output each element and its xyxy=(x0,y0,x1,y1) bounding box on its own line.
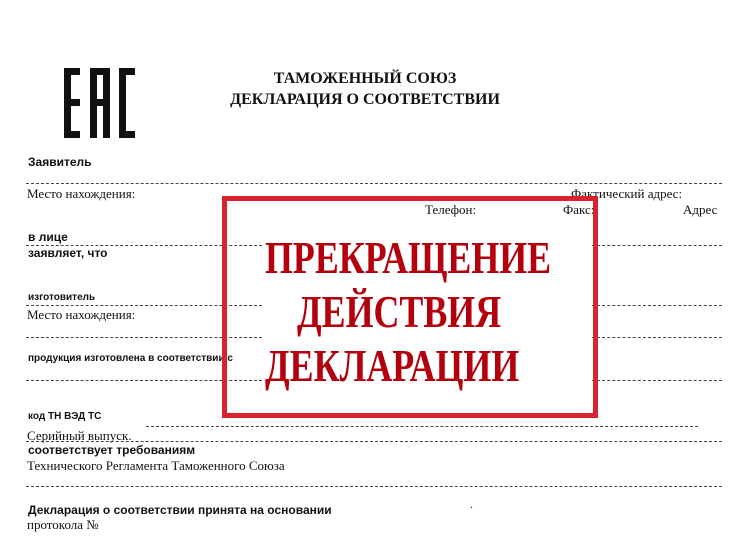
location-label: Место нахождения: xyxy=(27,186,135,202)
protocol-label: протокола № xyxy=(27,517,99,533)
produced-in-accordance-label: продукция изготовлена в соответствии с xyxy=(28,353,233,364)
address-label: Адрес xyxy=(683,202,717,218)
complies-label: соответствует требованиям xyxy=(28,443,195,457)
declares-label: заявляет, что xyxy=(28,246,108,260)
stamp-line-declaration: ДЕКЛАРАЦИИ xyxy=(265,343,519,389)
in-person-field-line-right[interactable] xyxy=(592,245,722,246)
in-person-label: в лице xyxy=(28,230,68,244)
termination-stamp: ПРЕКРАЩЕНИЕ ДЕЙСТВИЯ ДЕКЛАРАЦИИ xyxy=(222,196,598,418)
basis-label: Декларация о соответствии принята на осн… xyxy=(28,503,332,517)
regulation-text: Технического Регламента Таможенного Союз… xyxy=(27,458,285,474)
regulation-field-line[interactable] xyxy=(26,486,722,487)
stamp-line-action: ДЕЙСТВИЯ xyxy=(297,289,501,335)
serial-release-line[interactable] xyxy=(26,441,722,442)
applicant-field-line[interactable] xyxy=(26,183,722,184)
title-customs-union: ТАМОЖЕННЫЙ СОЮЗ xyxy=(155,70,575,88)
eac-logo xyxy=(64,68,136,138)
applicant-label: Заявитель xyxy=(28,155,92,169)
tn-ved-code-field-line[interactable] xyxy=(146,426,698,427)
manufacturer-location-line-right[interactable] xyxy=(592,337,722,338)
tn-ved-code-label: код ТН ВЭД ТС xyxy=(28,411,101,422)
stamp-line-termination: ПРЕКРАЩЕНИЕ xyxy=(265,235,551,281)
standard-field-line-right[interactable] xyxy=(592,380,722,381)
title-declaration: ДЕКЛАРАЦИЯ О СООТВЕТСТВИИ xyxy=(155,91,575,109)
manufacturer-label: изготовитель xyxy=(28,292,95,303)
manufacturer-location-label: Место нахождения: xyxy=(27,307,135,323)
manufacturer-field-line-right[interactable] xyxy=(592,305,722,306)
stray-dot: . xyxy=(470,497,473,512)
